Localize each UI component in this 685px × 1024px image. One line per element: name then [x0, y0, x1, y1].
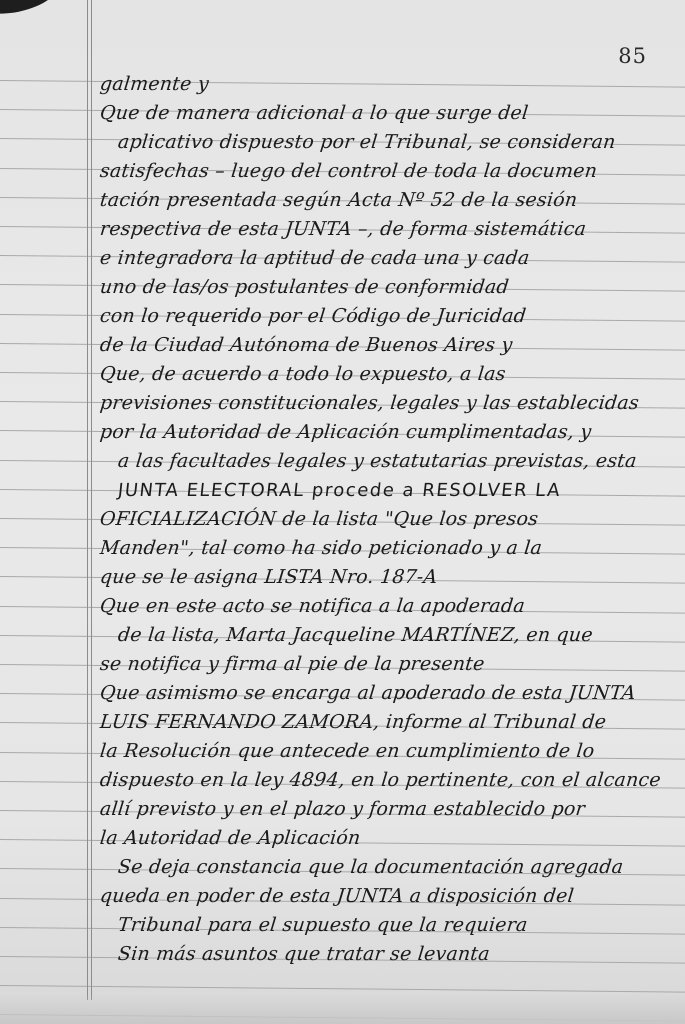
handwritten-line: por la Autoridad de Aplicación cumplimen…	[98, 418, 671, 447]
notebook-page: 85 galmente yQue de manera adicional a l…	[0, 0, 685, 1024]
handwritten-text-block: galmente yQue de manera adicional a lo q…	[100, 70, 670, 969]
margin-line-right	[91, 0, 92, 1000]
handwritten-line: LUIS FERNANDO ZAMORA, informe al Tribuna…	[98, 708, 671, 737]
handwritten-line: dispuesto en la ley 4894, en lo pertinen…	[98, 766, 671, 795]
handwritten-line: de la lista, Marta Jacqueline MARTÍNEZ, …	[98, 621, 671, 650]
handwritten-line: satisfechas – luego del control de toda …	[98, 157, 671, 186]
handwritten-line: JUNTA ELECTORAL procede a RESOLVER LA	[98, 476, 671, 505]
page-number: 85	[618, 44, 647, 68]
handwritten-line: de la Ciudad Autónoma de Buenos Aires y	[98, 331, 671, 360]
handwritten-line: que se le asigna LISTA Nro. 187-A	[98, 563, 671, 592]
handwritten-line: tación presentada según Acta Nº 52 de la…	[98, 186, 671, 215]
margin-line-left	[87, 0, 88, 1000]
handwritten-line: aplicativo dispuesto por el Tribunal, se…	[98, 128, 671, 157]
handwritten-line: allí previsto y en el plazo y forma esta…	[98, 795, 671, 824]
ruled-line	[0, 985, 685, 993]
handwritten-line: Manden", tal como ha sido peticionado y …	[98, 534, 671, 563]
handwritten-line: se notifica y firma al pie de la present…	[98, 650, 671, 679]
handwritten-line: Se deja constancia que la documentación …	[98, 853, 671, 882]
handwritten-line: la Autoridad de Aplicación	[98, 824, 671, 853]
handwritten-line: e integradora la aptitud de cada una y c…	[98, 244, 671, 273]
handwritten-line: uno de las/os postulantes de conformidad	[98, 273, 671, 302]
handwritten-line: la Resolución que antecede en cumplimien…	[98, 737, 671, 766]
handwritten-line: Tribunal para el supuesto que la requier…	[98, 911, 671, 940]
handwritten-line: OFICIALIZACIÓN de la lista "Que los pres…	[98, 505, 671, 534]
handwritten-line: queda en poder de esta JUNTA a disposici…	[98, 882, 671, 911]
handwritten-line: Que en este acto se notifica a la apoder…	[98, 592, 671, 621]
handwritten-line: Sin más asuntos que tratar se levanta	[98, 940, 671, 969]
handwritten-line: con lo requerido por el Código de Jurici…	[98, 302, 671, 331]
handwritten-line: Que de manera adicional a lo que surge d…	[98, 99, 671, 128]
handwritten-line: Que asimismo se encarga al apoderado de …	[98, 679, 671, 708]
handwritten-line: a las facultades legales y estatutarias …	[98, 447, 671, 476]
page-bottom-shade	[0, 994, 685, 1024]
handwritten-line: Que, de acuerdo a todo lo expuesto, a la…	[98, 360, 671, 389]
handwritten-line: previsiones constitucionales, legales y …	[98, 389, 671, 418]
handwritten-line: galmente y	[98, 70, 671, 99]
handwritten-line: respectiva de esta JUNTA –, de forma sis…	[98, 215, 671, 244]
